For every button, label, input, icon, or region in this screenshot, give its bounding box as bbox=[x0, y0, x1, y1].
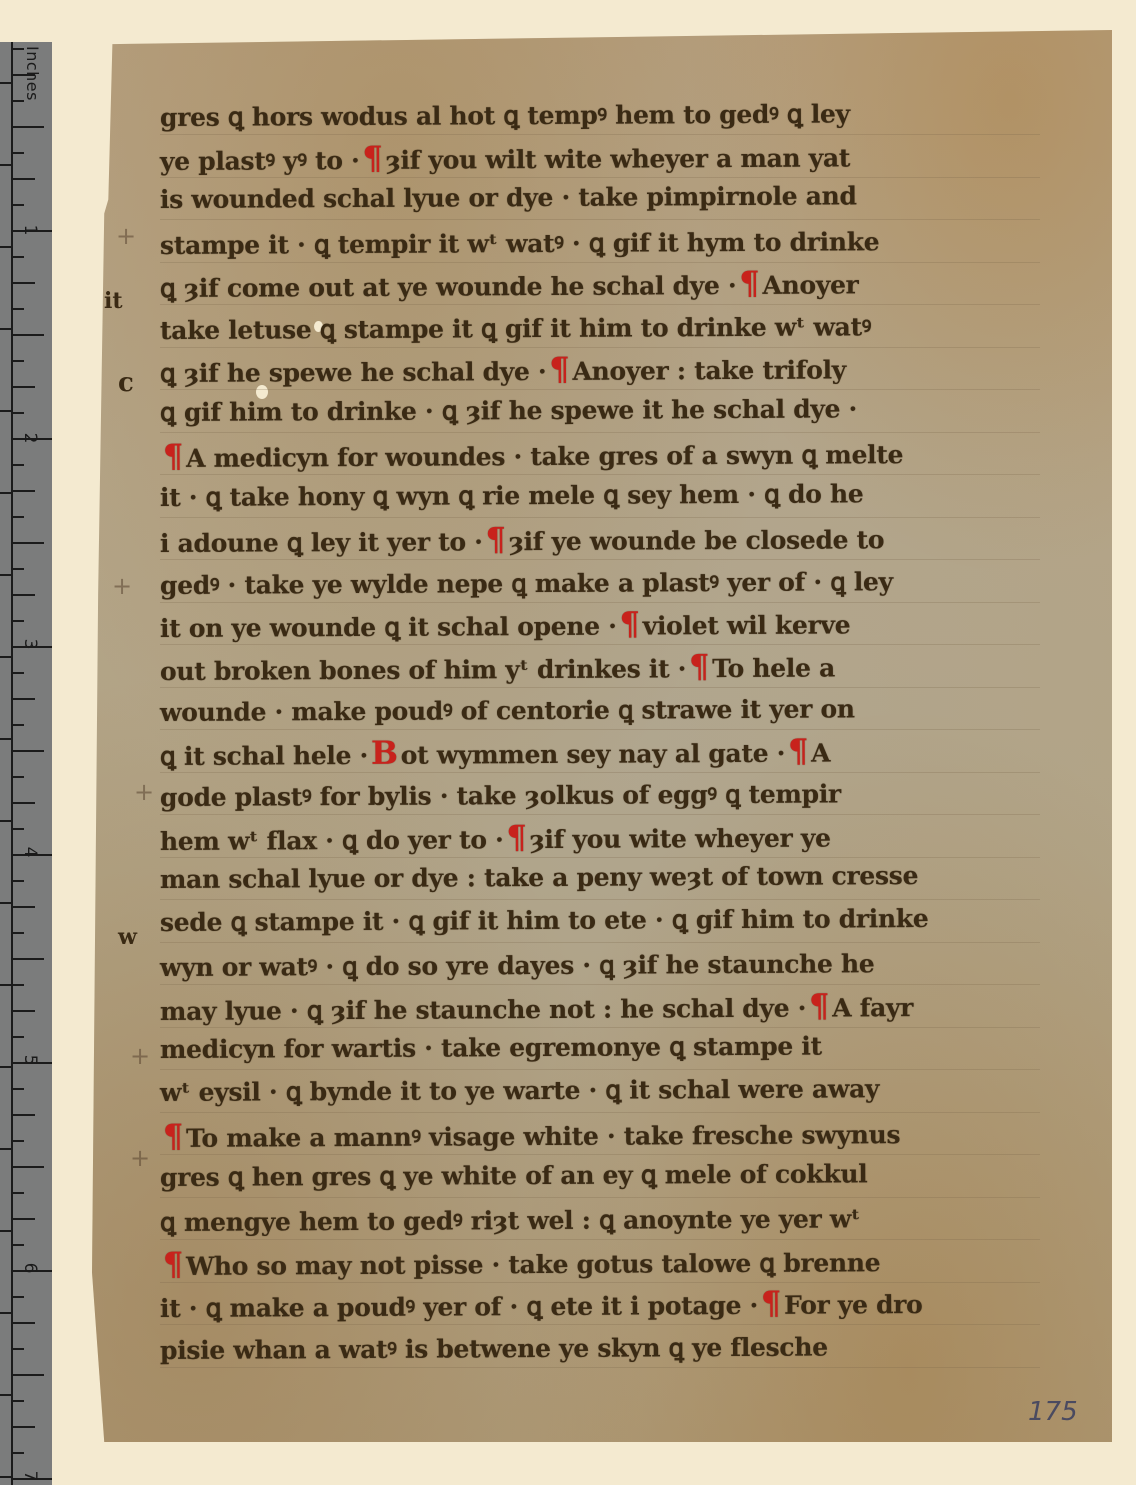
manuscript-line: ꝗ gif him to drinke · ꝗ ȝif he spewe it … bbox=[160, 394, 857, 434]
ruler-tick bbox=[11, 282, 35, 284]
line-text: Who so may not pisse · take gotus talowe… bbox=[186, 1248, 880, 1281]
ruling-line bbox=[160, 559, 1040, 560]
line-text: gres ꝗ hors wodus al hot ꝗ tempꝰ hem to … bbox=[160, 99, 850, 132]
line-text: man schal lyue or dye : take a peny weȝt… bbox=[160, 861, 918, 894]
ruler-tick bbox=[11, 776, 24, 778]
ruling-line bbox=[160, 1154, 1040, 1155]
margin-cross-mark: + bbox=[130, 1042, 150, 1070]
ruler-cm-tick bbox=[0, 902, 11, 904]
ruler-tick bbox=[11, 1088, 24, 1090]
line-text: To make a mannꝰ visage white · take fres… bbox=[186, 1120, 900, 1153]
ruler-tick bbox=[11, 750, 44, 752]
ruling-line bbox=[160, 602, 1040, 603]
ruling-line bbox=[160, 517, 1040, 518]
ruling-line bbox=[160, 432, 1040, 433]
ruler-tick bbox=[11, 1426, 35, 1428]
line-text: ꝗ it schal hele · bbox=[160, 740, 368, 770]
manuscript-line: ¶A medicyn for woundes · take gres of a … bbox=[160, 436, 903, 476]
manuscript-line: ye plastꝰ yꝰ to ·¶ȝif you wilt wite whey… bbox=[160, 139, 850, 179]
manuscript-line: is wounded schal lyue or dye · take pimp… bbox=[160, 181, 857, 221]
ruler-tick bbox=[11, 1322, 35, 1324]
manuscript-line: gres ꝗ hors wodus al hot ꝗ tempꝰ hem to … bbox=[160, 96, 850, 136]
ruler-number-4: 4 bbox=[20, 842, 40, 862]
ruler-tick bbox=[11, 74, 35, 76]
manuscript-line: pisie whan a watꝰ is betwene ye skyn ꝗ y… bbox=[160, 1329, 828, 1368]
line-text: i adoune ꝗ ley it yer to · bbox=[160, 527, 483, 558]
ruler-tick bbox=[11, 308, 24, 310]
line-text: ot wymmen sey nay al gate · bbox=[401, 738, 785, 769]
ruler-tick bbox=[11, 984, 24, 986]
ruler-tick bbox=[11, 1452, 24, 1454]
ruler-tick bbox=[11, 204, 24, 206]
paragraph-mark-icon: ¶ bbox=[739, 264, 759, 302]
ruler-cm-tick bbox=[0, 656, 11, 658]
manuscript-line: gode plastꝰ for bylis · take ȝolkus of e… bbox=[160, 776, 841, 816]
ruling-line bbox=[160, 347, 1040, 348]
manuscript-line: sede ꝗ stampe it · ꝗ gif it him to ete ·… bbox=[160, 903, 929, 943]
line-text: A fayr bbox=[832, 993, 913, 1022]
ruler-cm-tick bbox=[0, 574, 11, 576]
ruler-number-6: 6 bbox=[20, 1258, 40, 1278]
ruling-line bbox=[160, 1112, 1040, 1113]
ruler-cm-tick bbox=[0, 984, 11, 986]
ruler-tick bbox=[11, 334, 44, 336]
ruler-cm-tick bbox=[0, 410, 11, 412]
ruler-number-5: 5 bbox=[20, 1050, 40, 1070]
ruler-number-3: 3 bbox=[20, 634, 40, 654]
line-text: ꝗ ȝif come out at ye wounde he schal dye… bbox=[160, 271, 737, 303]
ruler-tick bbox=[11, 1374, 44, 1376]
manuscript-line: gedꝰ · take ye wylde nepe ꝗ make a plast… bbox=[160, 564, 893, 604]
manuscript-line: ¶To make a mannꝰ visage white · take fre… bbox=[160, 1116, 900, 1156]
ruler-tick bbox=[11, 906, 35, 908]
ruler-tick bbox=[11, 48, 24, 50]
margin-cross-mark: + bbox=[112, 572, 132, 600]
ruler-tick bbox=[11, 1036, 24, 1038]
paragraph-mark-icon: ¶ bbox=[809, 986, 829, 1024]
margin-note: it bbox=[104, 288, 123, 314]
paragraph-mark-icon: ¶ bbox=[549, 350, 569, 388]
line-text: may lyue · ꝗ ȝif he staunche not : he sc… bbox=[160, 993, 806, 1025]
ruling-line bbox=[160, 1027, 1040, 1028]
ruling-line bbox=[160, 1239, 1040, 1240]
line-text: pisie whan a watꝰ is betwene ye skyn ꝗ y… bbox=[160, 1332, 828, 1364]
line-text: A medicyn for woundes · take gres of a s… bbox=[186, 440, 903, 473]
line-text: take letuse ꝗ stampe it ꝗ gif it him to … bbox=[160, 312, 871, 345]
ruling-line bbox=[160, 644, 1040, 645]
ruler-tick bbox=[11, 464, 24, 466]
manuscript-line: ꝗ mengye hem to gedꝰ riȝt wel : ꝗ anoynt… bbox=[160, 1201, 860, 1241]
ruling-line bbox=[160, 474, 1040, 475]
manuscript-line: hem wᵗ flax · ꝗ do yer to ·¶ȝif you wite… bbox=[160, 819, 831, 859]
line-text: wᵗ eysil · ꝗ bynde it to ye warte · ꝗ it… bbox=[160, 1074, 879, 1107]
ruling-line bbox=[160, 772, 1040, 773]
ruling-line bbox=[160, 304, 1040, 305]
ruler-tick bbox=[11, 932, 24, 934]
line-text: For ye dro bbox=[784, 1290, 923, 1320]
ruling-line bbox=[160, 942, 1040, 943]
ruler-number-7: 7 bbox=[20, 1466, 40, 1485]
ruler-tick bbox=[11, 620, 24, 622]
line-text: violet wil kerve bbox=[643, 610, 851, 640]
ruler-tick bbox=[11, 516, 24, 518]
manuscript-line: ꝗ ȝif come out at ye wounde he schal dye… bbox=[160, 266, 859, 306]
manuscript-line: ¶Who so may not pisse · take gotus talow… bbox=[160, 1244, 881, 1284]
ruler-tick bbox=[11, 880, 24, 882]
paragraph-mark-icon: ¶ bbox=[163, 437, 183, 475]
manuscript-line: it · ꝗ make a poudꝰ yer of · ꝗ ete it i … bbox=[160, 1286, 923, 1326]
manuscript-line: wyn or watꝰ · ꝗ do so yre dayes · ꝗ ȝif … bbox=[160, 946, 875, 986]
ruler-cm-tick bbox=[0, 82, 11, 84]
ruler-tick bbox=[11, 698, 35, 700]
ruler-cm-tick bbox=[0, 738, 11, 740]
ruler-tick bbox=[11, 542, 44, 544]
margin-note-rubric: w bbox=[118, 924, 137, 950]
ruler-tick bbox=[11, 1140, 24, 1142]
line-text: medicyn for wartis · take egremonye ꝗ st… bbox=[160, 1032, 822, 1064]
paragraph-mark-icon: ¶ bbox=[761, 1284, 781, 1322]
line-text: A bbox=[811, 738, 830, 767]
ruler-tick bbox=[11, 1114, 35, 1116]
ruler-tick bbox=[11, 828, 24, 830]
rubricated-initial: B bbox=[371, 733, 398, 771]
ruling-line bbox=[160, 1069, 1040, 1070]
ruler-cm-tick bbox=[0, 1312, 11, 1314]
ruler-tick bbox=[11, 126, 44, 128]
line-text: Anoyer : take trifoly bbox=[572, 355, 846, 385]
ruler-tick bbox=[11, 412, 24, 414]
ruler-tick bbox=[11, 1400, 24, 1402]
manuscript-line: ꝗ it schal hele ·Bot wymmen sey nay al g… bbox=[160, 734, 830, 774]
ruler-cm-tick bbox=[0, 328, 11, 330]
manuscript-line: out broken bones of him yᵗ drinkes it ·¶… bbox=[160, 649, 835, 689]
ruling-line bbox=[160, 177, 1040, 178]
line-text: it · ꝗ take hony ꝗ wyn ꝗ rie mele ꝗ sey … bbox=[160, 479, 864, 512]
ruler-cm-tick bbox=[0, 164, 11, 166]
ruling-line bbox=[160, 899, 1040, 900]
ruler-tick bbox=[11, 672, 24, 674]
ruler-tick bbox=[11, 1166, 44, 1168]
line-text: sede ꝗ stampe it · ꝗ gif it him to ete ·… bbox=[160, 903, 929, 936]
ruler-cm-tick bbox=[0, 1066, 11, 1068]
line-text: gres ꝗ hen gres ꝗ ye white of an ey ꝗ me… bbox=[160, 1159, 868, 1192]
line-text: wyn or watꝰ · ꝗ do so yre dayes · ꝗ ȝif … bbox=[160, 949, 875, 982]
paragraph-mark-icon: ¶ bbox=[620, 604, 640, 642]
paragraph-mark-icon: ¶ bbox=[362, 138, 382, 176]
ruler-tick bbox=[11, 724, 24, 726]
ruling-line bbox=[160, 984, 1040, 985]
ruler-tick bbox=[11, 1218, 35, 1220]
ruler-cm-tick bbox=[0, 1230, 11, 1232]
ruler-tick bbox=[11, 1348, 24, 1350]
line-text: stampe it · ꝗ tempir it wᵗ watꝰ · ꝗ gif … bbox=[160, 227, 879, 260]
line-text: out broken bones of him yᵗ drinkes it · bbox=[160, 654, 686, 686]
ruling-line bbox=[160, 687, 1040, 688]
line-text: Anoyer bbox=[762, 270, 858, 300]
ruler-tick bbox=[11, 594, 35, 596]
manuscript-line: man schal lyue or dye : take a peny weȝt… bbox=[160, 861, 918, 901]
measurement-ruler: Inches 1 2 3 4 5 6 7 bbox=[0, 42, 52, 1485]
ruler-cm-tick bbox=[0, 1148, 11, 1150]
ruling-line bbox=[160, 1197, 1040, 1198]
ruler-spine bbox=[11, 42, 13, 1485]
ruling-line bbox=[160, 134, 1040, 135]
ruling-line bbox=[160, 1324, 1040, 1325]
ruler-cm-tick bbox=[0, 820, 11, 822]
manuscript-line: stampe it · ꝗ tempir it wᵗ watꝰ · ꝗ gif … bbox=[160, 224, 880, 264]
manuscript-line: wounde · make poudꝰ of centorie ꝗ strawe… bbox=[160, 691, 855, 731]
line-text: ȝif ye wounde be closede to bbox=[509, 525, 885, 556]
manuscript-line: take letuse ꝗ stampe it ꝗ gif it him to … bbox=[160, 309, 871, 349]
line-text: To hele a bbox=[712, 653, 835, 683]
line-text: ꝗ mengye hem to gedꝰ riȝt wel : ꝗ anoynt… bbox=[160, 1204, 860, 1237]
ruling-line bbox=[160, 219, 1040, 220]
margin-cross-mark: + bbox=[130, 1144, 150, 1172]
ruling-line bbox=[160, 729, 1040, 730]
ruler-tick bbox=[11, 958, 44, 960]
ruler-tick bbox=[11, 256, 24, 258]
line-text: is wounded schal lyue or dye · take pimp… bbox=[160, 181, 857, 214]
ruler-cm-tick bbox=[0, 246, 11, 248]
manuscript-line: it · ꝗ take hony ꝗ wyn ꝗ rie mele ꝗ sey … bbox=[160, 479, 864, 519]
ruling-line bbox=[160, 1282, 1040, 1283]
ruler-tick bbox=[11, 1192, 24, 1194]
line-text: wounde · make poudꝰ of centorie ꝗ strawe… bbox=[160, 694, 855, 727]
ruling-line bbox=[160, 857, 1040, 858]
paragraph-mark-icon: ¶ bbox=[485, 520, 505, 558]
ruler-tick bbox=[11, 490, 35, 492]
ruler-cm-tick bbox=[0, 1476, 11, 1478]
manuscript-line: i adoune ꝗ ley it yer to ·¶ȝif ye wounde… bbox=[160, 521, 884, 561]
ruling-line bbox=[160, 262, 1040, 263]
line-text: gode plastꝰ for bylis · take ȝolkus of e… bbox=[160, 779, 841, 812]
ruling-line bbox=[160, 1367, 1040, 1368]
line-text: ꝗ ȝif he spewe he schal dye · bbox=[160, 357, 547, 388]
paragraph-mark-icon: ¶ bbox=[163, 1117, 183, 1155]
ruler-cm-tick bbox=[0, 492, 11, 494]
ruler-tick bbox=[11, 1010, 35, 1012]
manuscript-line: medicyn for wartis · take egremonye ꝗ st… bbox=[160, 1032, 822, 1071]
manuscript-line: it on ye wounde ꝗ it schal opene ·¶viole… bbox=[160, 606, 850, 646]
line-text: ꝗ gif him to drinke · ꝗ ȝif he spewe it … bbox=[160, 394, 857, 427]
margin-note: c bbox=[118, 368, 134, 398]
margin-cross-mark: + bbox=[134, 778, 154, 806]
ruler-tick bbox=[11, 152, 24, 154]
ruler-number-1: 1 bbox=[20, 220, 40, 240]
ruler-tick bbox=[11, 178, 35, 180]
paragraph-mark-icon: ¶ bbox=[506, 818, 526, 856]
manuscript-line: wᵗ eysil · ꝗ bynde it to ye warte · ꝗ it… bbox=[160, 1074, 879, 1114]
ruler-number-2: 2 bbox=[20, 428, 40, 448]
folio-number: 175 bbox=[1028, 1397, 1078, 1427]
manuscript-line: ꝗ ȝif he spewe he schal dye ·¶Anoyer : t… bbox=[160, 351, 846, 391]
ruler-tick bbox=[11, 802, 35, 804]
manuscript-line: may lyue · ꝗ ȝif he staunche not : he sc… bbox=[160, 989, 913, 1029]
line-text: hem wᵗ flax · ꝗ do yer to · bbox=[160, 825, 504, 856]
paragraph-mark-icon: ¶ bbox=[163, 1244, 183, 1282]
ruler-cm-tick bbox=[0, 1394, 11, 1396]
ruler-tick bbox=[11, 568, 24, 570]
line-text: gedꝰ · take ye wylde nepe ꝗ make a plast… bbox=[160, 567, 893, 600]
line-text: ȝif you wite wheyer ye bbox=[529, 823, 830, 854]
line-text: ȝif you wilt wite wheyer a man yat bbox=[385, 143, 850, 174]
paragraph-mark-icon: ¶ bbox=[788, 731, 808, 769]
paragraph-mark-icon: ¶ bbox=[689, 647, 709, 685]
ruler-tick bbox=[11, 1296, 24, 1298]
ruler-tick bbox=[11, 386, 35, 388]
ruler-tick bbox=[11, 1244, 24, 1246]
manuscript-line: gres ꝗ hen gres ꝗ ye white of an ey ꝗ me… bbox=[160, 1159, 868, 1199]
line-text: ye plastꝰ yꝰ to · bbox=[160, 145, 360, 175]
ruling-line bbox=[160, 814, 1040, 815]
ruler-tick bbox=[11, 360, 24, 362]
ruling-line bbox=[160, 389, 1040, 390]
ruler-tick bbox=[11, 100, 24, 102]
margin-cross-mark: + bbox=[116, 222, 136, 250]
line-text: it · ꝗ make a poudꝰ yer of · ꝗ ete it i … bbox=[160, 1291, 758, 1323]
line-text: it on ye wounde ꝗ it schal opene · bbox=[160, 612, 617, 643]
